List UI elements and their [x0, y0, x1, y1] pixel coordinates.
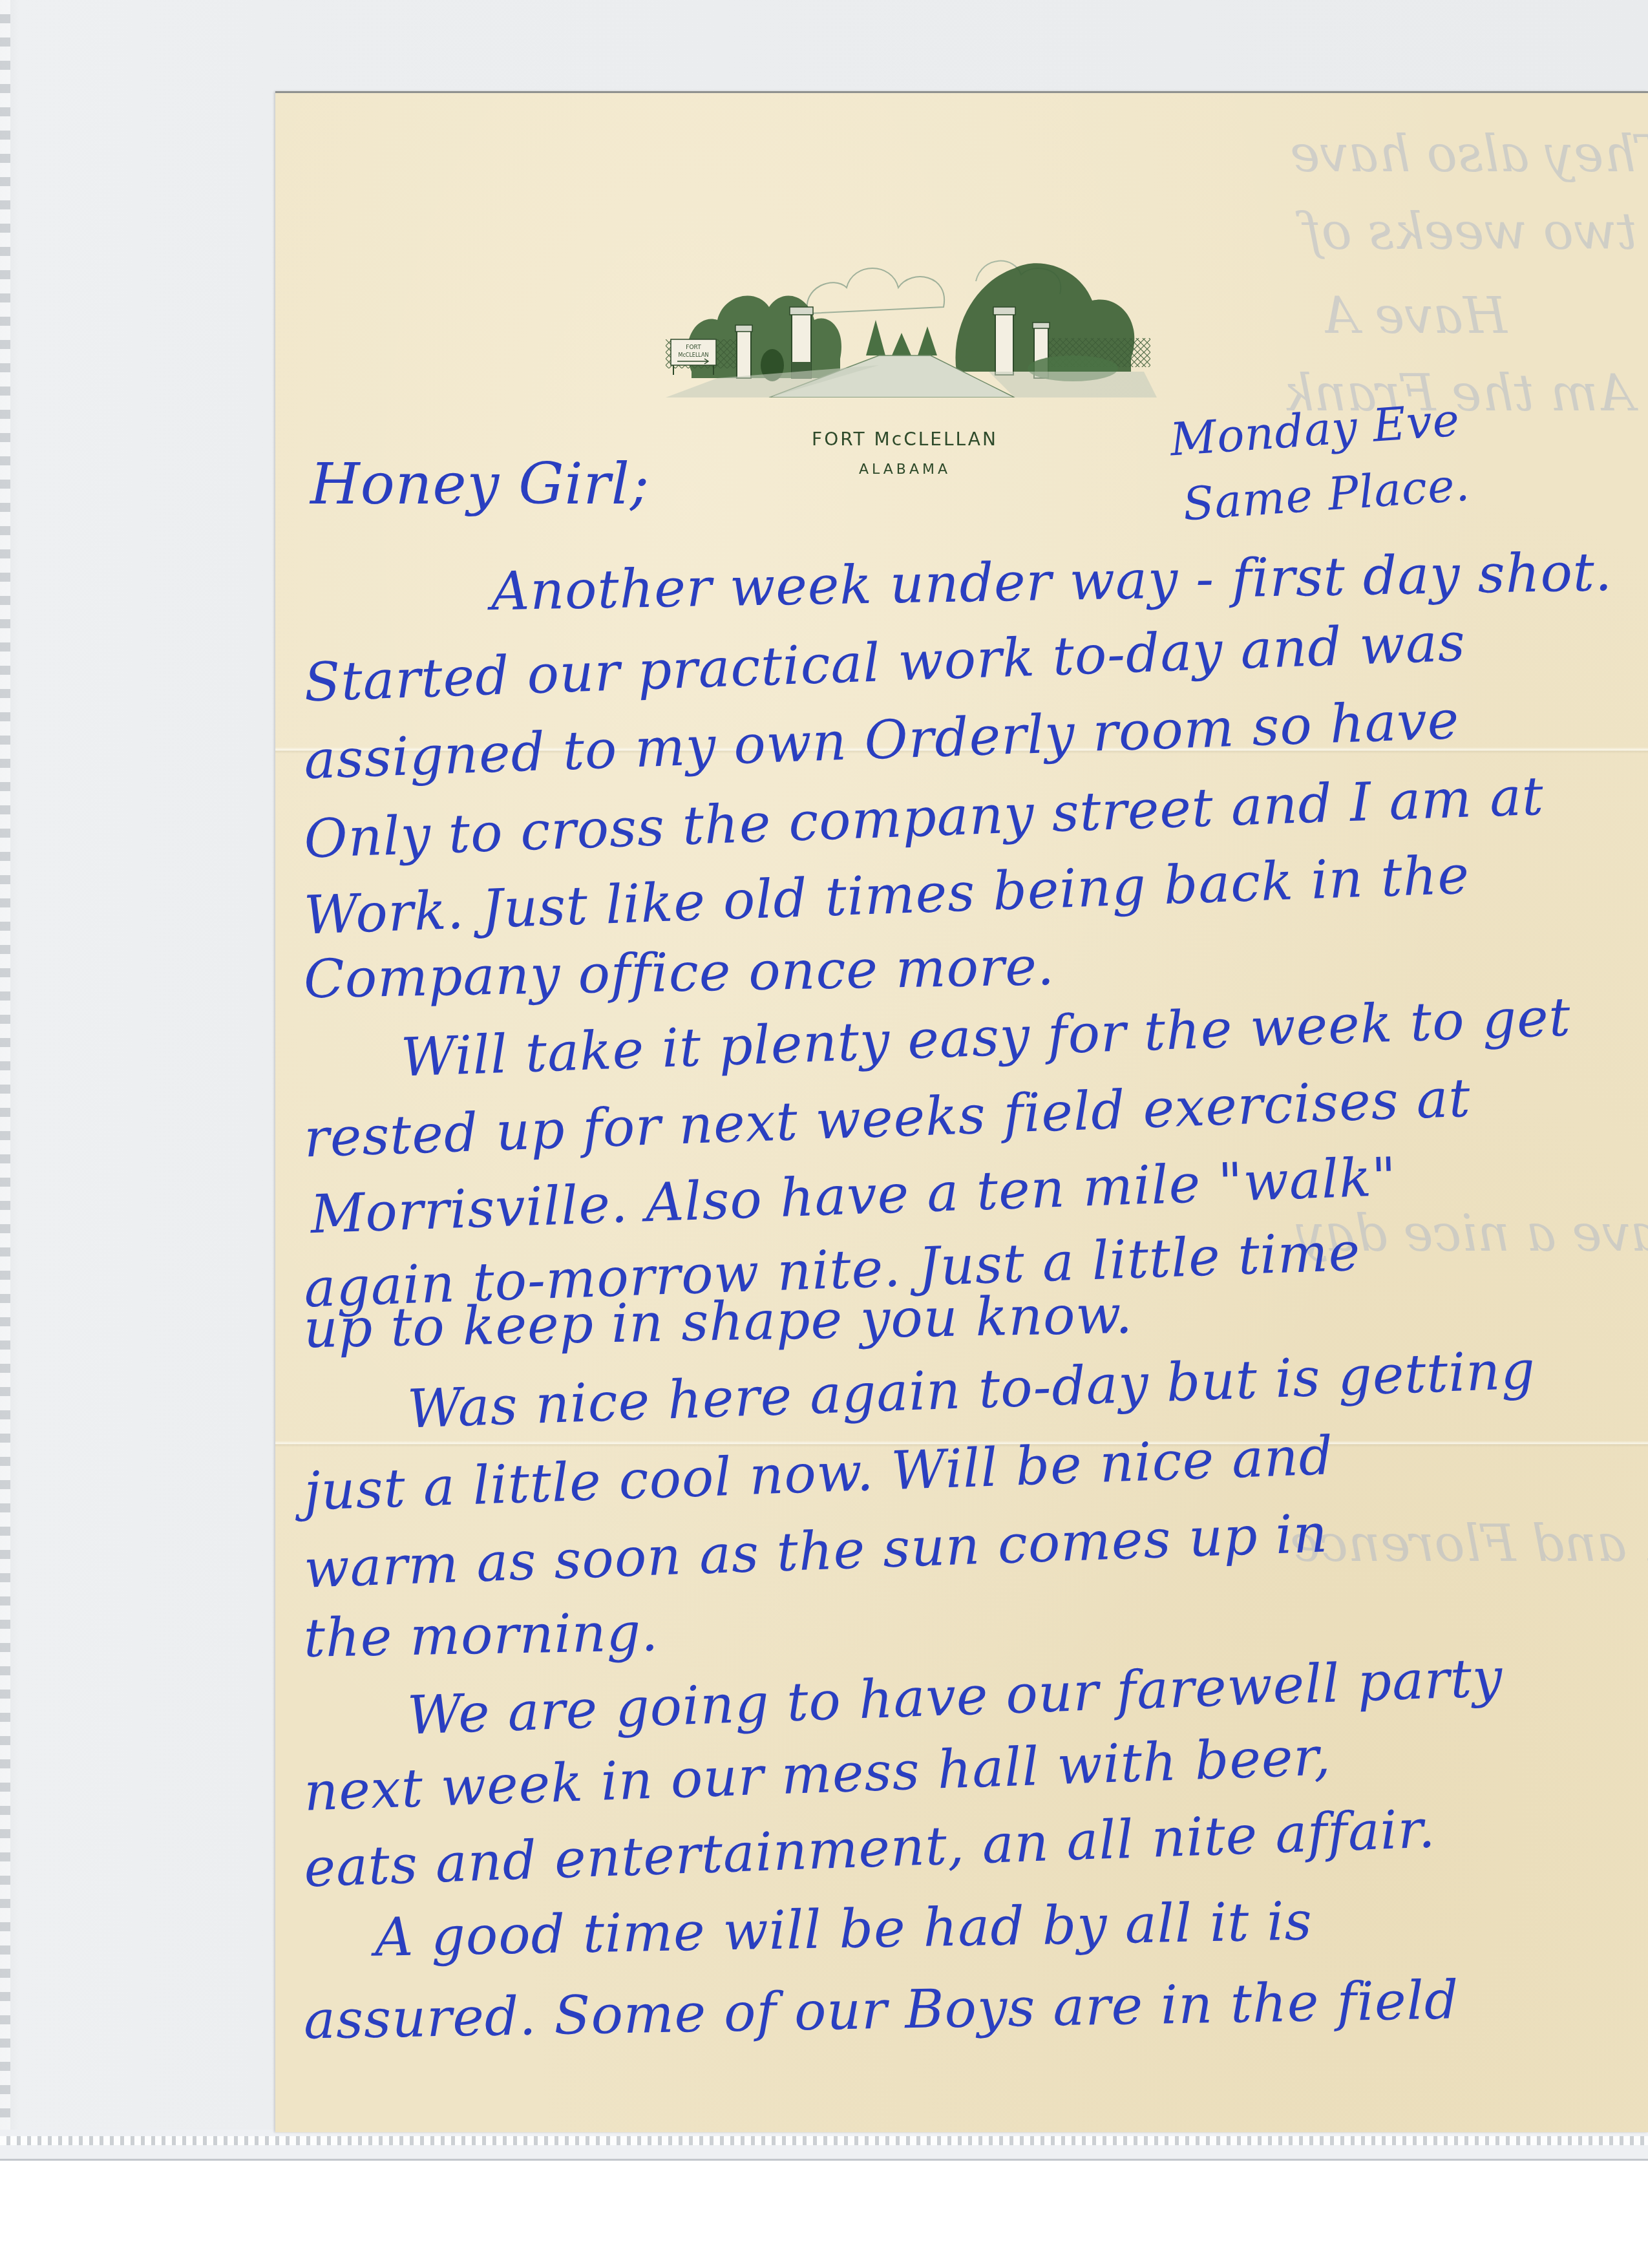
bleed-through-text: Have A [1322, 287, 1507, 345]
letter-line: up to keep in shape you know. [303, 1289, 1133, 1356]
letterhead: FORT McCLELLAN FORT McCLELLAN ALABAMA [653, 242, 1157, 478]
letter-line: the morning. [303, 1606, 659, 1666]
gate-illustration: FORT McCLELLAN [653, 242, 1157, 397]
fort-gate-illustration-icon: FORT McCLELLAN [653, 242, 1157, 397]
letter-line: Company office once more. [303, 940, 1055, 1006]
sleeve-bottom-seal [0, 2130, 1648, 2161]
sleeve-punch-edge [0, 0, 10, 2152]
letterhead-title: FORT McCLELLAN [653, 429, 1157, 450]
letterhead-subtitle: ALABAMA [653, 461, 1157, 478]
bleed-through-text: Ruth and Florence [1290, 1515, 1648, 1573]
salutation: Honey Girl; [310, 456, 650, 513]
scanner-background [0, 2161, 1648, 2268]
svg-text:McCLELLAN: McCLELLAN [679, 352, 709, 358]
svg-text:FORT: FORT [686, 344, 701, 351]
bleed-through-text: two weeks of [1303, 203, 1637, 261]
letter-line: A good time will be had by all it is [374, 1895, 1313, 1964]
bleed-through-text: this week on manouvers. They also have [1290, 125, 1648, 184]
